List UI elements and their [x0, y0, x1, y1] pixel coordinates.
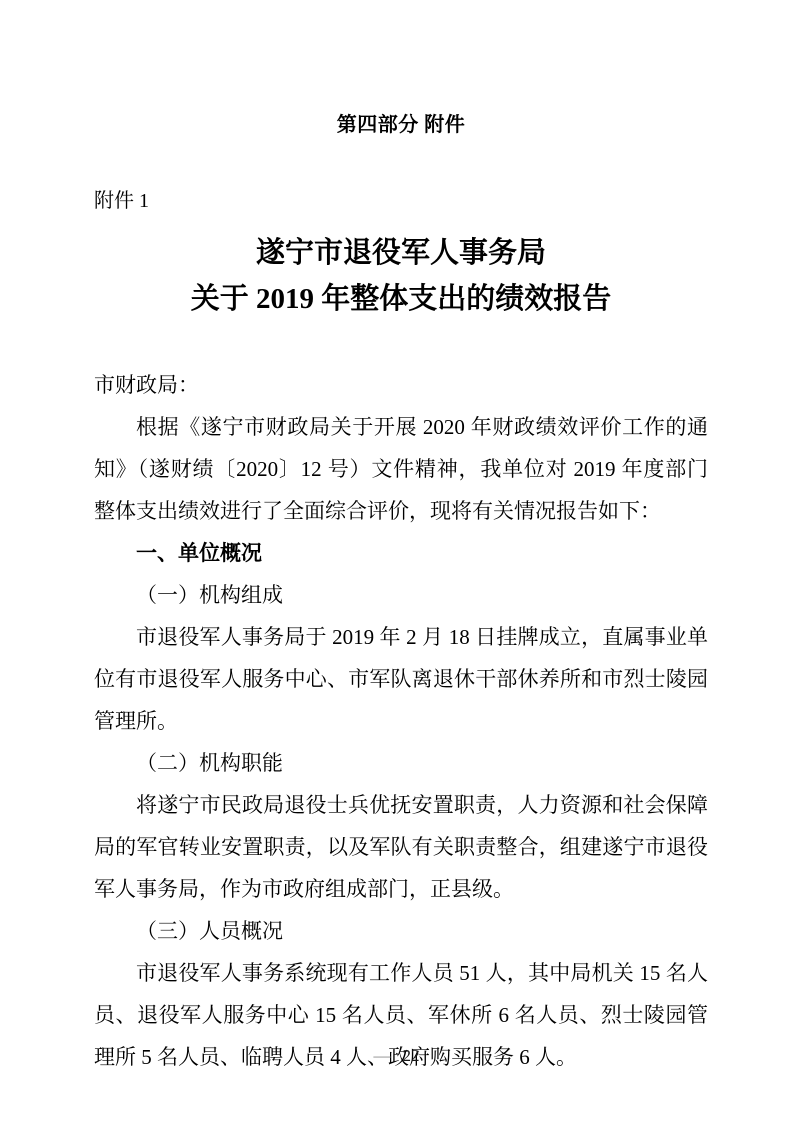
footer-dash: —	[374, 1046, 391, 1065]
paragraph-org-functions: 将遂宁市民政局退役士兵优抚安置职责，人力资源和社会保障局的军官转业安置职责，以及…	[94, 784, 708, 910]
salutation: 市财政局：	[94, 364, 708, 406]
document-title-line2: 关于 2019 年整体支出的绩效报告	[94, 276, 708, 322]
section-header: 第四部分 附件	[94, 112, 708, 138]
paragraph-org-composition: 市退役军人事务局于 2019 年 2 月 18 日挂牌成立，直属事业单位有市退役…	[94, 616, 708, 742]
attachment-label: 附件 1	[94, 188, 708, 214]
document-body: 市财政局： 根据《遂宁市财政局关于开展 2020 年财政绩效评价工作的通知》（遂…	[94, 364, 708, 1078]
heading-level-1-unit-overview: 一、单位概况	[94, 532, 708, 574]
heading-level-2-org-functions: （二）机构职能	[94, 742, 708, 784]
document-title-line1: 遂宁市退役军人事务局	[94, 230, 708, 276]
page-footer: —22	[0, 1046, 793, 1066]
document-content: 第四部分 附件 附件 1 遂宁市退役军人事务局 关于 2019 年整体支出的绩效…	[0, 0, 793, 1078]
document-page: 第四部分 附件 附件 1 遂宁市退役军人事务局 关于 2019 年整体支出的绩效…	[0, 0, 793, 1122]
paragraph-intro: 根据《遂宁市财政局关于开展 2020 年财政绩效评价工作的通知》（遂财绩〔202…	[94, 406, 708, 532]
page-number: 22	[403, 1046, 420, 1065]
document-title: 遂宁市退役军人事务局 关于 2019 年整体支出的绩效报告	[94, 230, 708, 322]
heading-level-2-personnel-overview: （三）人员概况	[94, 910, 708, 952]
heading-level-2-org-composition: （一）机构组成	[94, 574, 708, 616]
